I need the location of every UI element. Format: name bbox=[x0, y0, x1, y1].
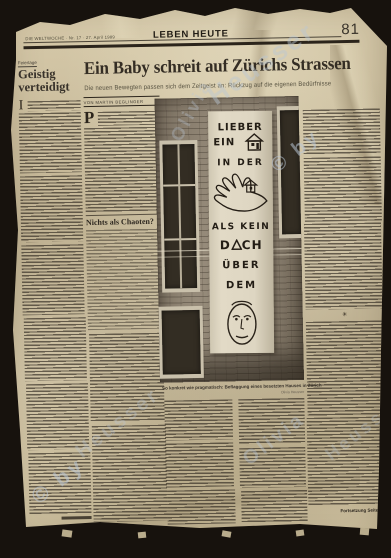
crosshead-rule bbox=[86, 214, 160, 216]
section-separator: ✳ bbox=[307, 310, 383, 318]
text-block bbox=[26, 383, 89, 450]
banner-dach-ch: CH bbox=[242, 238, 263, 252]
text-block bbox=[24, 317, 87, 381]
text-block bbox=[304, 222, 383, 309]
protest-banner: LIEBER EIN IN DER bbox=[208, 111, 274, 354]
torn-paper-bit bbox=[138, 532, 147, 539]
text-block bbox=[241, 490, 308, 523]
banner-line-alskein: ALS KEIN bbox=[209, 223, 273, 233]
left-article-title-line2: verteidigt bbox=[18, 80, 70, 94]
text-block bbox=[306, 320, 384, 415]
window-pane bbox=[280, 110, 301, 234]
article-dropcap: P bbox=[84, 110, 95, 126]
main-subheadline: Die neuen Bewegten passen sich dem Zeitg… bbox=[84, 80, 331, 92]
left-article-title: Geistig verteidigt bbox=[18, 67, 70, 94]
crosshead: Nichts als Chaoten? bbox=[86, 217, 154, 227]
main-headline: Ein Baby schreit auf Zürichs Strassen bbox=[84, 53, 351, 79]
left-article-signature bbox=[62, 516, 92, 520]
continuation-note: Fortsetzung Seite 83 bbox=[308, 507, 384, 513]
banner-word-dach: DCH bbox=[209, 239, 273, 252]
roof-a-icon bbox=[231, 239, 242, 250]
torn-paper-bit bbox=[62, 529, 73, 537]
hand-icon bbox=[211, 171, 271, 218]
byline: VON MARTIN BEGLINGER bbox=[84, 98, 144, 104]
banner-line-inder: IN DER bbox=[208, 159, 272, 169]
scan-background: { "header": { "edition": "DIE WELTWOCHE … bbox=[0, 0, 391, 558]
text-block-italic bbox=[86, 229, 162, 330]
byline-rule-bottom bbox=[84, 105, 160, 107]
banner-line-ein: EIN bbox=[208, 138, 277, 149]
text-block bbox=[303, 108, 381, 155]
text-block bbox=[165, 442, 234, 487]
banner-word-ein: EIN bbox=[213, 137, 235, 148]
text-block bbox=[19, 112, 82, 173]
left-article-dropcap: I bbox=[19, 99, 24, 113]
byline-rule-top bbox=[83, 96, 159, 98]
text-block bbox=[304, 156, 382, 221]
text-block bbox=[238, 398, 305, 445]
text-block bbox=[98, 111, 158, 126]
torn-paper-bit bbox=[360, 528, 370, 536]
text-block bbox=[239, 447, 306, 488]
text-block bbox=[20, 175, 83, 242]
banner-line-lieber: LIEBER bbox=[208, 123, 272, 134]
face-icon bbox=[222, 297, 262, 349]
torn-paper-bit bbox=[296, 529, 305, 536]
text-block bbox=[28, 100, 81, 111]
banner-line-dem: DEM bbox=[210, 281, 274, 292]
text-block bbox=[167, 489, 236, 524]
window-pane bbox=[162, 310, 201, 375]
text-block bbox=[89, 333, 165, 422]
printed-content: DIE WELTWOCHE · Nr. 17 · 27. April 1989 … bbox=[0, 0, 391, 558]
article-photo: LIEBER EIN IN DER bbox=[155, 96, 304, 383]
banner-dach-d: D bbox=[220, 238, 231, 252]
banner-line-ueber: ÜBER bbox=[209, 261, 273, 272]
text-block bbox=[21, 244, 84, 315]
torn-paper-bit bbox=[222, 530, 232, 537]
photo-credit: Olivia Heusser bbox=[264, 390, 304, 395]
text-block bbox=[307, 416, 385, 505]
text-block bbox=[164, 399, 233, 440]
house-icon bbox=[244, 133, 264, 151]
page-number: 81 bbox=[341, 21, 360, 38]
newspaper-page: DIE WELTWOCHE · Nr. 17 · 27. April 1989 … bbox=[0, 0, 391, 558]
text-block bbox=[28, 452, 91, 515]
text-block bbox=[84, 127, 160, 212]
text-block bbox=[92, 425, 168, 522]
